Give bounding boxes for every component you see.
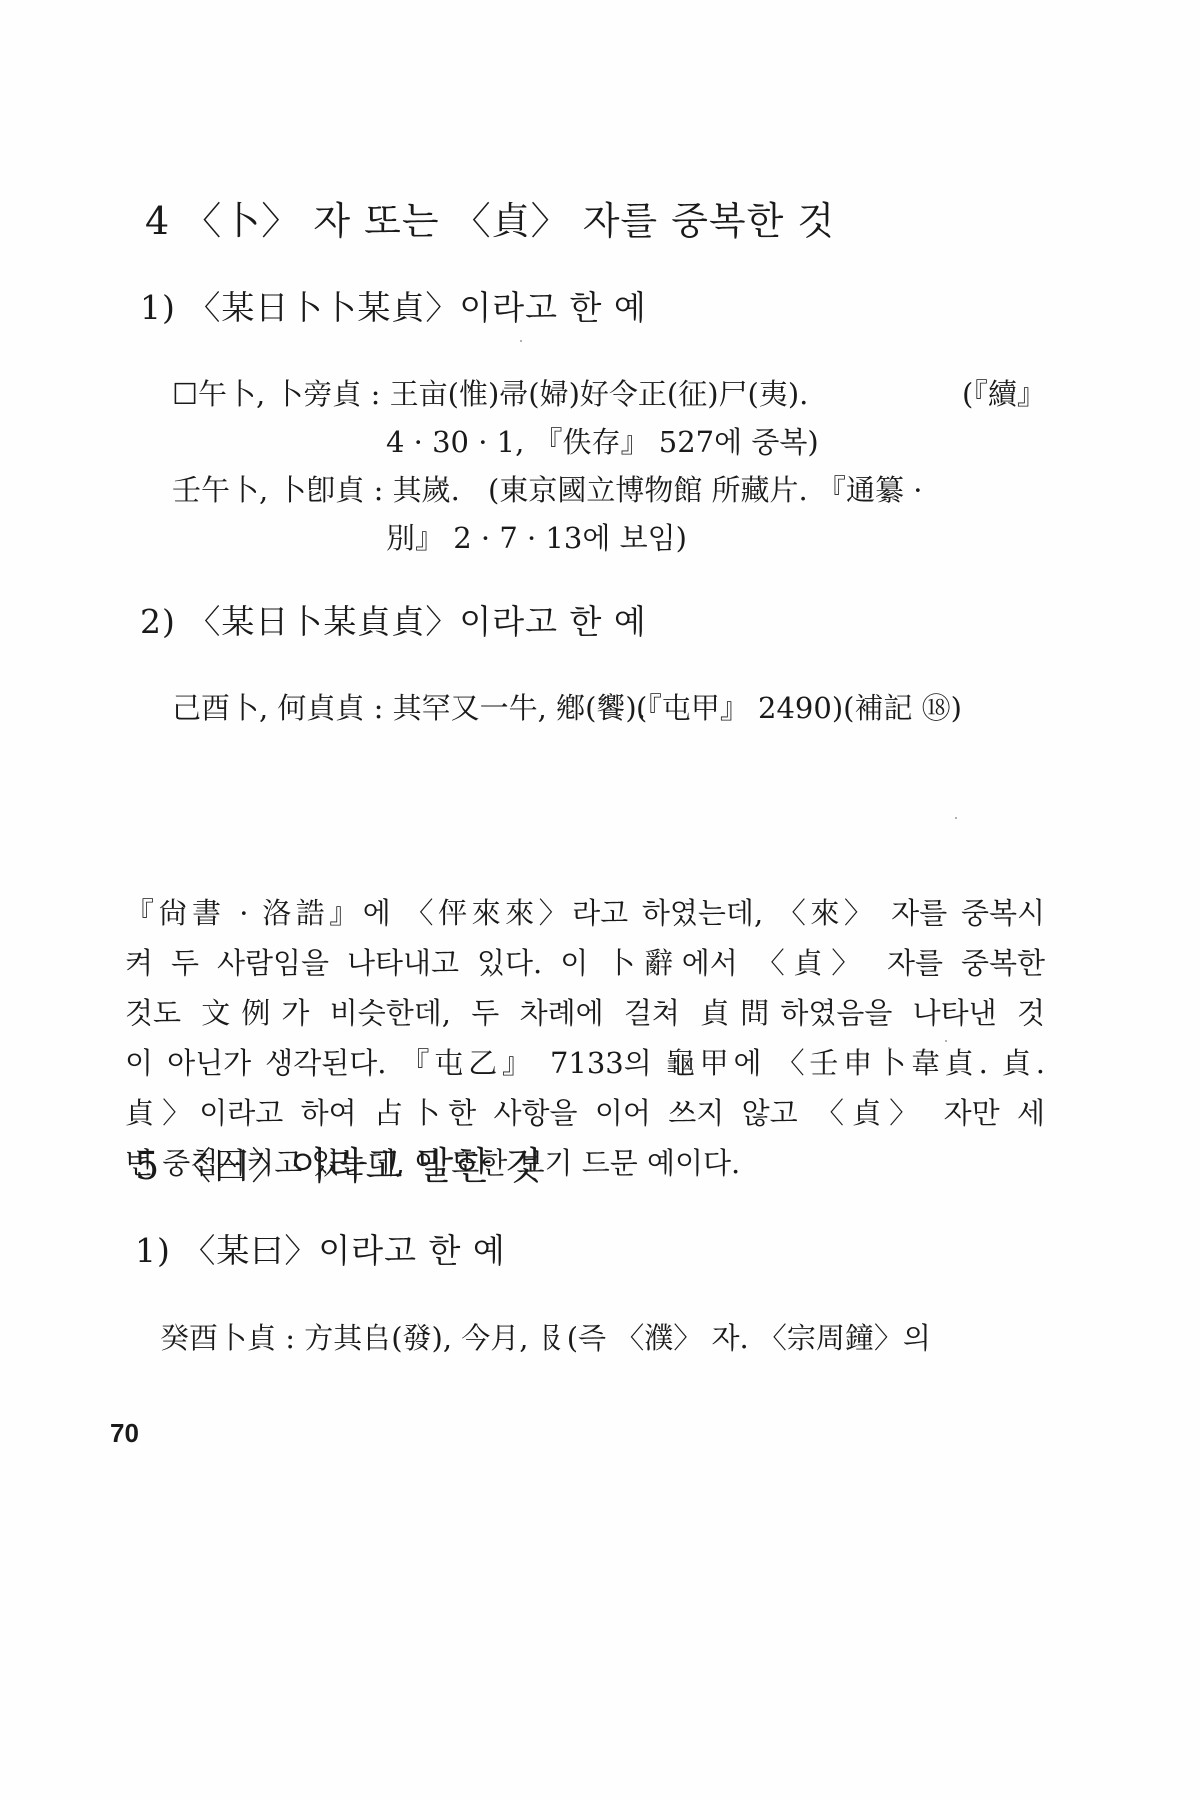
section-4-heading: 4 〈卜〉 자 또는 〈貞〉 자를 중복한 것 <box>145 190 835 245</box>
paragraph-line: 것도 文例가 비슷한데, 두 차례에 걸쳐 貞問하였음을 나타낸 것 <box>125 988 1045 1038</box>
scan-speck <box>945 1040 947 1042</box>
example-2-line-2: 別』 2 · 7 · 13에 보임) <box>386 516 687 557</box>
paragraph-line: 貞〉이라고 하여 占卜한 사항을 이어 쓰지 않고 〈貞〉 자만 세 <box>125 1088 1045 1138</box>
paragraph-line: 『尙書 · 洛誥』에 〈伻來來〉라고 하였는데, 〈來〉 자를 중복시 <box>125 888 1045 938</box>
scan-speck <box>955 817 957 819</box>
document-page: 4 〈卜〉 자 또는 〈貞〉 자를 중복한 것 1) 〈某日卜卜某貞〉이라고 한… <box>0 0 1200 1800</box>
page-number: 70 <box>110 1418 139 1449</box>
example-3-citation: (『屯甲』 2490)(補記 ⑱) <box>636 686 962 727</box>
example-1-line-2: 4 · 30 · 1, 『佚存』 527에 중복) <box>386 420 819 461</box>
section-5-heading: 5 〈曰〉이라고 말한 것 <box>135 1135 543 1190</box>
scan-speck <box>520 340 522 342</box>
section-4-sub-2-heading: 2) 〈某日卜某貞貞〉이라고 한 예 <box>140 596 647 643</box>
section-4-sub-1-heading: 1) 〈某日卜卜某貞〉이라고 한 예 <box>140 282 647 329</box>
example-3-line-1: 己酉卜, 何貞貞 : 其罕又一牛, 鄕(饗). <box>172 686 646 727</box>
paragraph-line: 켜 두 사람임을 나타내고 있다. 이 卜辭에서 〈貞〉 자를 중복한 <box>125 938 1045 988</box>
section-5-sub-1-heading: 1) 〈某曰〉이라고 한 예 <box>135 1225 506 1272</box>
paragraph-line: 이 아닌가 생각된다. 『屯乙』 7133의 龜甲에 〈壬申卜韋貞. 貞. <box>125 1038 1045 1088</box>
example-4-line-1: 癸酉卜貞 : 方其𠂤(發), 今月, 𠬝(즉 〈濮〉 자. 〈宗周鐘〉의 <box>160 1316 931 1357</box>
example-2-line-1: 壬午卜, 卜卽貞 : 其嵗. <box>172 468 460 509</box>
example-1-citation: (『續』 <box>962 372 1046 413</box>
example-1-line-1: ☐午卜, 卜旁貞 : 王亩(惟)帚(婦)好令正(征)尸(夷). <box>172 372 808 413</box>
scan-speck <box>888 1047 890 1049</box>
example-2-citation: (東京國立博物館 所藏片. 『通纂 · <box>488 468 922 509</box>
